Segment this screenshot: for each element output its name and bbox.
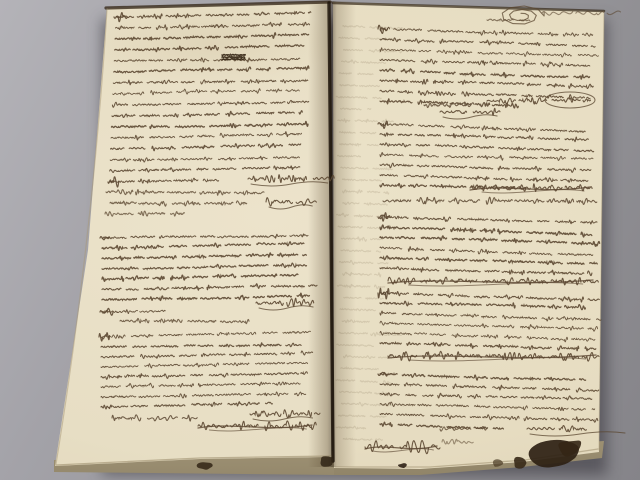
right-entry-1 xyxy=(378,25,599,108)
right-top-doodle-tail xyxy=(542,11,621,15)
left-entry-1-closing xyxy=(108,177,219,187)
left-bold-number-mark xyxy=(222,54,245,59)
left-witness-row-1 xyxy=(106,190,264,196)
right-pastor-signature-1 xyxy=(440,108,500,119)
left-witness-row-3 xyxy=(105,211,184,216)
right-witness-1b xyxy=(487,98,547,104)
right-signature-row-2b xyxy=(383,197,597,204)
left-witness-row-4 xyxy=(120,318,249,323)
right-entry-4 xyxy=(378,288,601,351)
ink-blot-6 xyxy=(320,456,333,467)
gutter-crevice-line xyxy=(329,3,333,461)
left-fore-edge-line xyxy=(56,9,107,464)
ink-blot-5 xyxy=(197,462,214,469)
left-entry-2-pastor-signature xyxy=(256,298,314,310)
right-entry-5 xyxy=(378,372,599,429)
manuscript-photo: Scanned two-page spread of a handwritten… xyxy=(0,0,640,480)
page-bottom-edge-left-line xyxy=(56,456,331,465)
right-entry-2 xyxy=(378,121,594,189)
left-entry-3 xyxy=(99,331,313,409)
ink-blot-2 xyxy=(514,457,527,469)
right-signature-row-2a xyxy=(470,184,592,193)
page-top-edge-right-line xyxy=(333,3,604,11)
right-fore-edge-line xyxy=(599,12,604,450)
right-bleedthrough-column xyxy=(336,26,404,441)
left-entry-1-pastor-signature xyxy=(248,175,334,186)
right-big-flourish-signature xyxy=(365,441,440,454)
handwriting-layer xyxy=(0,0,640,480)
left-parochus-signature xyxy=(250,410,320,421)
ink-blot-3 xyxy=(493,459,504,467)
left-entry-2 xyxy=(100,234,317,300)
right-pastor-signature-5 xyxy=(527,426,625,436)
left-crossed-signature xyxy=(198,421,316,431)
left-signature-row-5 xyxy=(112,415,197,421)
right-stray-stroke xyxy=(442,439,473,444)
right-signature-row-3 xyxy=(388,277,598,286)
page-top-edge-left-line xyxy=(106,2,330,8)
left-entry-1 xyxy=(110,12,311,173)
left-ebelin-signature xyxy=(266,198,316,209)
right-signature-row-4 xyxy=(388,351,599,361)
right-entry-3 xyxy=(378,213,600,276)
left-witness-row-2 xyxy=(110,201,247,206)
left-entry-2-closing xyxy=(100,308,165,315)
